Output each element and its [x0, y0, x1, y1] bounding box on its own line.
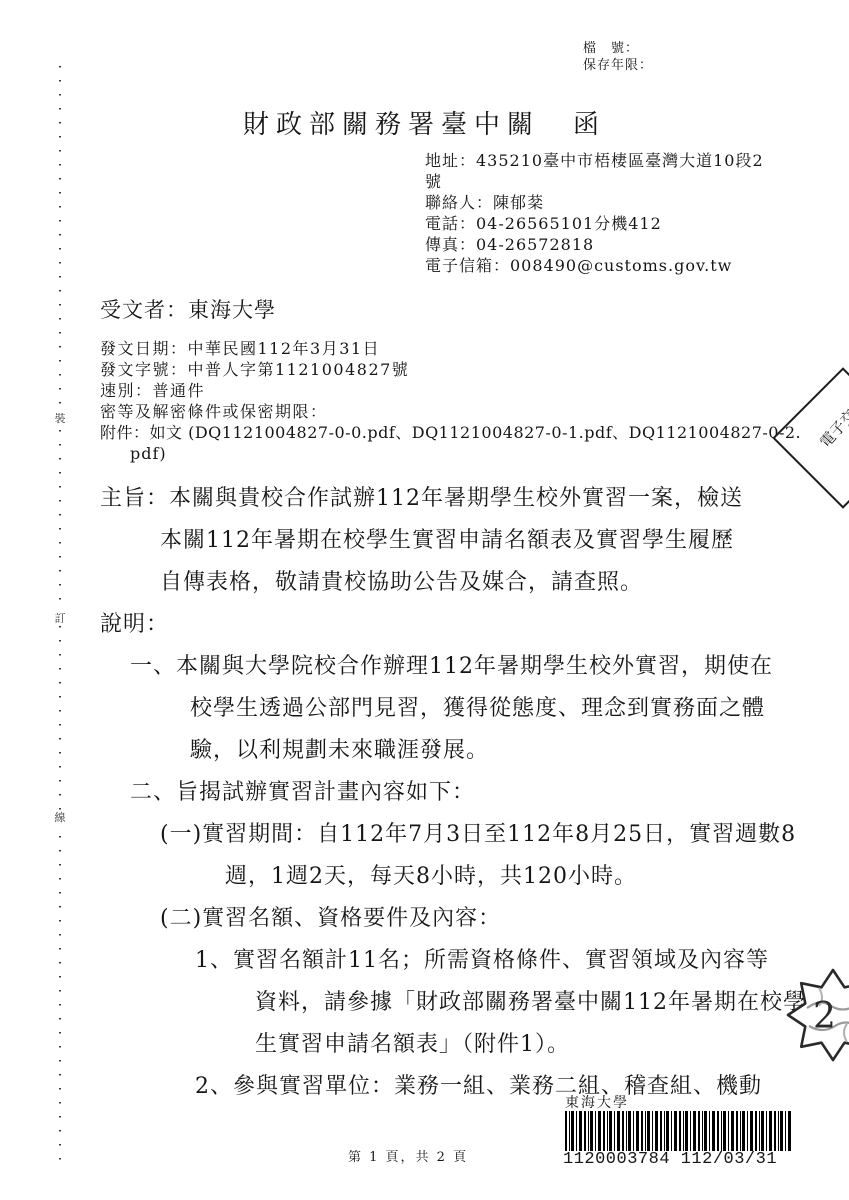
explanation-item-1: 校學生透過公部門見習，獲得從態度、理念到實務面之體: [100, 688, 790, 730]
page-indicator: 第 1 頁，共 2 頁: [348, 1146, 468, 1165]
page-seal-stamp: 2: [785, 958, 849, 1082]
barcode-text: 1120003784 112/03/31: [563, 1150, 777, 1169]
binding-label-ding: 訂: [51, 612, 69, 626]
sub-sub-item-1: 資料，請參據「財政部關務署臺中關112年暑期在校學: [100, 982, 790, 1024]
doc-number-line: 發文字號：中普人字第1121004827號: [100, 359, 801, 380]
barcode-label: 東海大學: [565, 1092, 629, 1112]
sender-contact-person: 聯絡人：陳郁棻: [425, 192, 764, 213]
security-class-line: 密等及解密條件或保密期限：: [100, 401, 801, 422]
sub-sub-item-2: 2、參與實習單位：業務一組、業務二組、稽查組、機動: [100, 1066, 790, 1108]
sender-fax: 傳真：04-26572818: [425, 234, 764, 255]
letter-body: 主旨：本關與貴校合作試辦112年暑期學生校外實習一案，檢送 本關112年暑期在校…: [100, 478, 790, 1108]
recipient-line: 受文者：東海大學: [100, 294, 276, 324]
explanation-heading: 說明：: [100, 604, 790, 646]
star-seal-icon: 2: [785, 958, 849, 1078]
explanation-item-1: 一、本關與大學院校合作辦理112年暑期學生校外實習，期使在: [100, 646, 790, 688]
sender-phone: 電話：04-26565101分機412: [425, 213, 764, 234]
page-seal-number: 2: [813, 996, 836, 1037]
binding-label-zhuang: 裝: [51, 412, 69, 426]
retention-period-label: 保存年限：: [583, 57, 653, 74]
attachment-line2: pdf): [100, 443, 801, 464]
explanation-item-1: 驗，以利規劃未來職涯發展。: [100, 730, 790, 772]
sub-item-1: 週，1週2天，每天8小時，共120小時。: [100, 856, 790, 898]
sender-address-line2: 號: [425, 171, 764, 192]
issue-date-line: 發文日期：中華民國112年3月31日: [100, 338, 801, 359]
sub-item-1: (一)實習期間：自112年7月3日至112年8月25日，實習週數8: [100, 814, 790, 856]
subject-line: 自傳表格，敬請貴校協助公告及媒合，請查照。: [100, 562, 790, 604]
file-number-label: 檔 號：: [583, 40, 653, 57]
document-title: 財政部關務署臺中關 函: [0, 104, 849, 141]
attachment-line1: 附件：如文 (DQ1121004827-0-0.pdf、DQ1121004827…: [100, 422, 801, 443]
sender-email: 電子信箱：008490@customs.gov.tw: [425, 255, 764, 276]
sender-info-block: 地址：435210臺中市梧棲區臺灣大道10段2 號 聯絡人：陳郁棻 電話：04-…: [425, 150, 764, 276]
explanation-item-2: 二、旨揭試辦實習計畫內容如下：: [100, 772, 790, 814]
sub-sub-item-1: 生實習申請名額表」（附件1）。: [100, 1024, 790, 1066]
document-meta-block: 發文日期：中華民國112年3月31日 發文字號：中普人字第1121004827號…: [100, 338, 801, 464]
binding-label-xian: 線: [51, 811, 69, 825]
subject-line: 本關112年暑期在校學生實習申請名額表及實習學生履歷: [100, 520, 790, 562]
electronic-exchange-stamp: 電子交換: [793, 388, 849, 488]
file-number-block: 檔 號： 保存年限：: [583, 40, 653, 74]
document-page: 裝 訂 線 檔 號： 保存年限： 財政部關務署臺中關 函 地址：435210臺中…: [0, 0, 849, 1200]
sub-sub-item-1: 1、實習名額計11名；所需資格條件、實習領域及內容等: [100, 940, 790, 982]
speed-class-line: 速別：普通件: [100, 380, 801, 401]
sub-item-2: (二)實習名額、資格要件及內容：: [100, 898, 790, 940]
barcode: [565, 1111, 792, 1151]
sender-address-line1: 地址：435210臺中市梧棲區臺灣大道10段2: [425, 150, 764, 171]
subject-line: 主旨：本關與貴校合作試辦112年暑期學生校外實習一案，檢送: [100, 478, 790, 520]
